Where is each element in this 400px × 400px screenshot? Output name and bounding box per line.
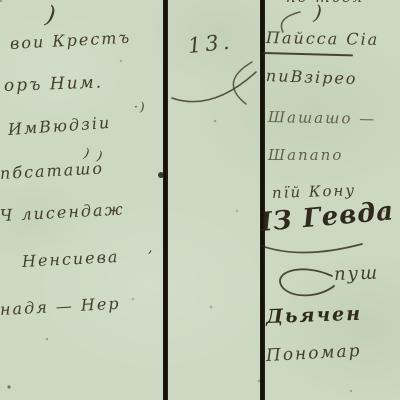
handwriting-line: Пайсса Сіа [266,28,380,49]
handwriting-line: Шапапо [268,146,343,164]
handwriting-line: пїй Кону [272,181,357,202]
handwriting-line: пуш [334,262,380,285]
handwriting-line: Шашашо — [268,108,377,128]
handwriting-line: Дьячен [266,303,363,328]
manuscript-page: ) вои Крестъ оръ Ним. ·) ИмВюдзіи ) ) пб… [0,0,400,400]
handwriting-line: пиВзірео [266,66,358,88]
